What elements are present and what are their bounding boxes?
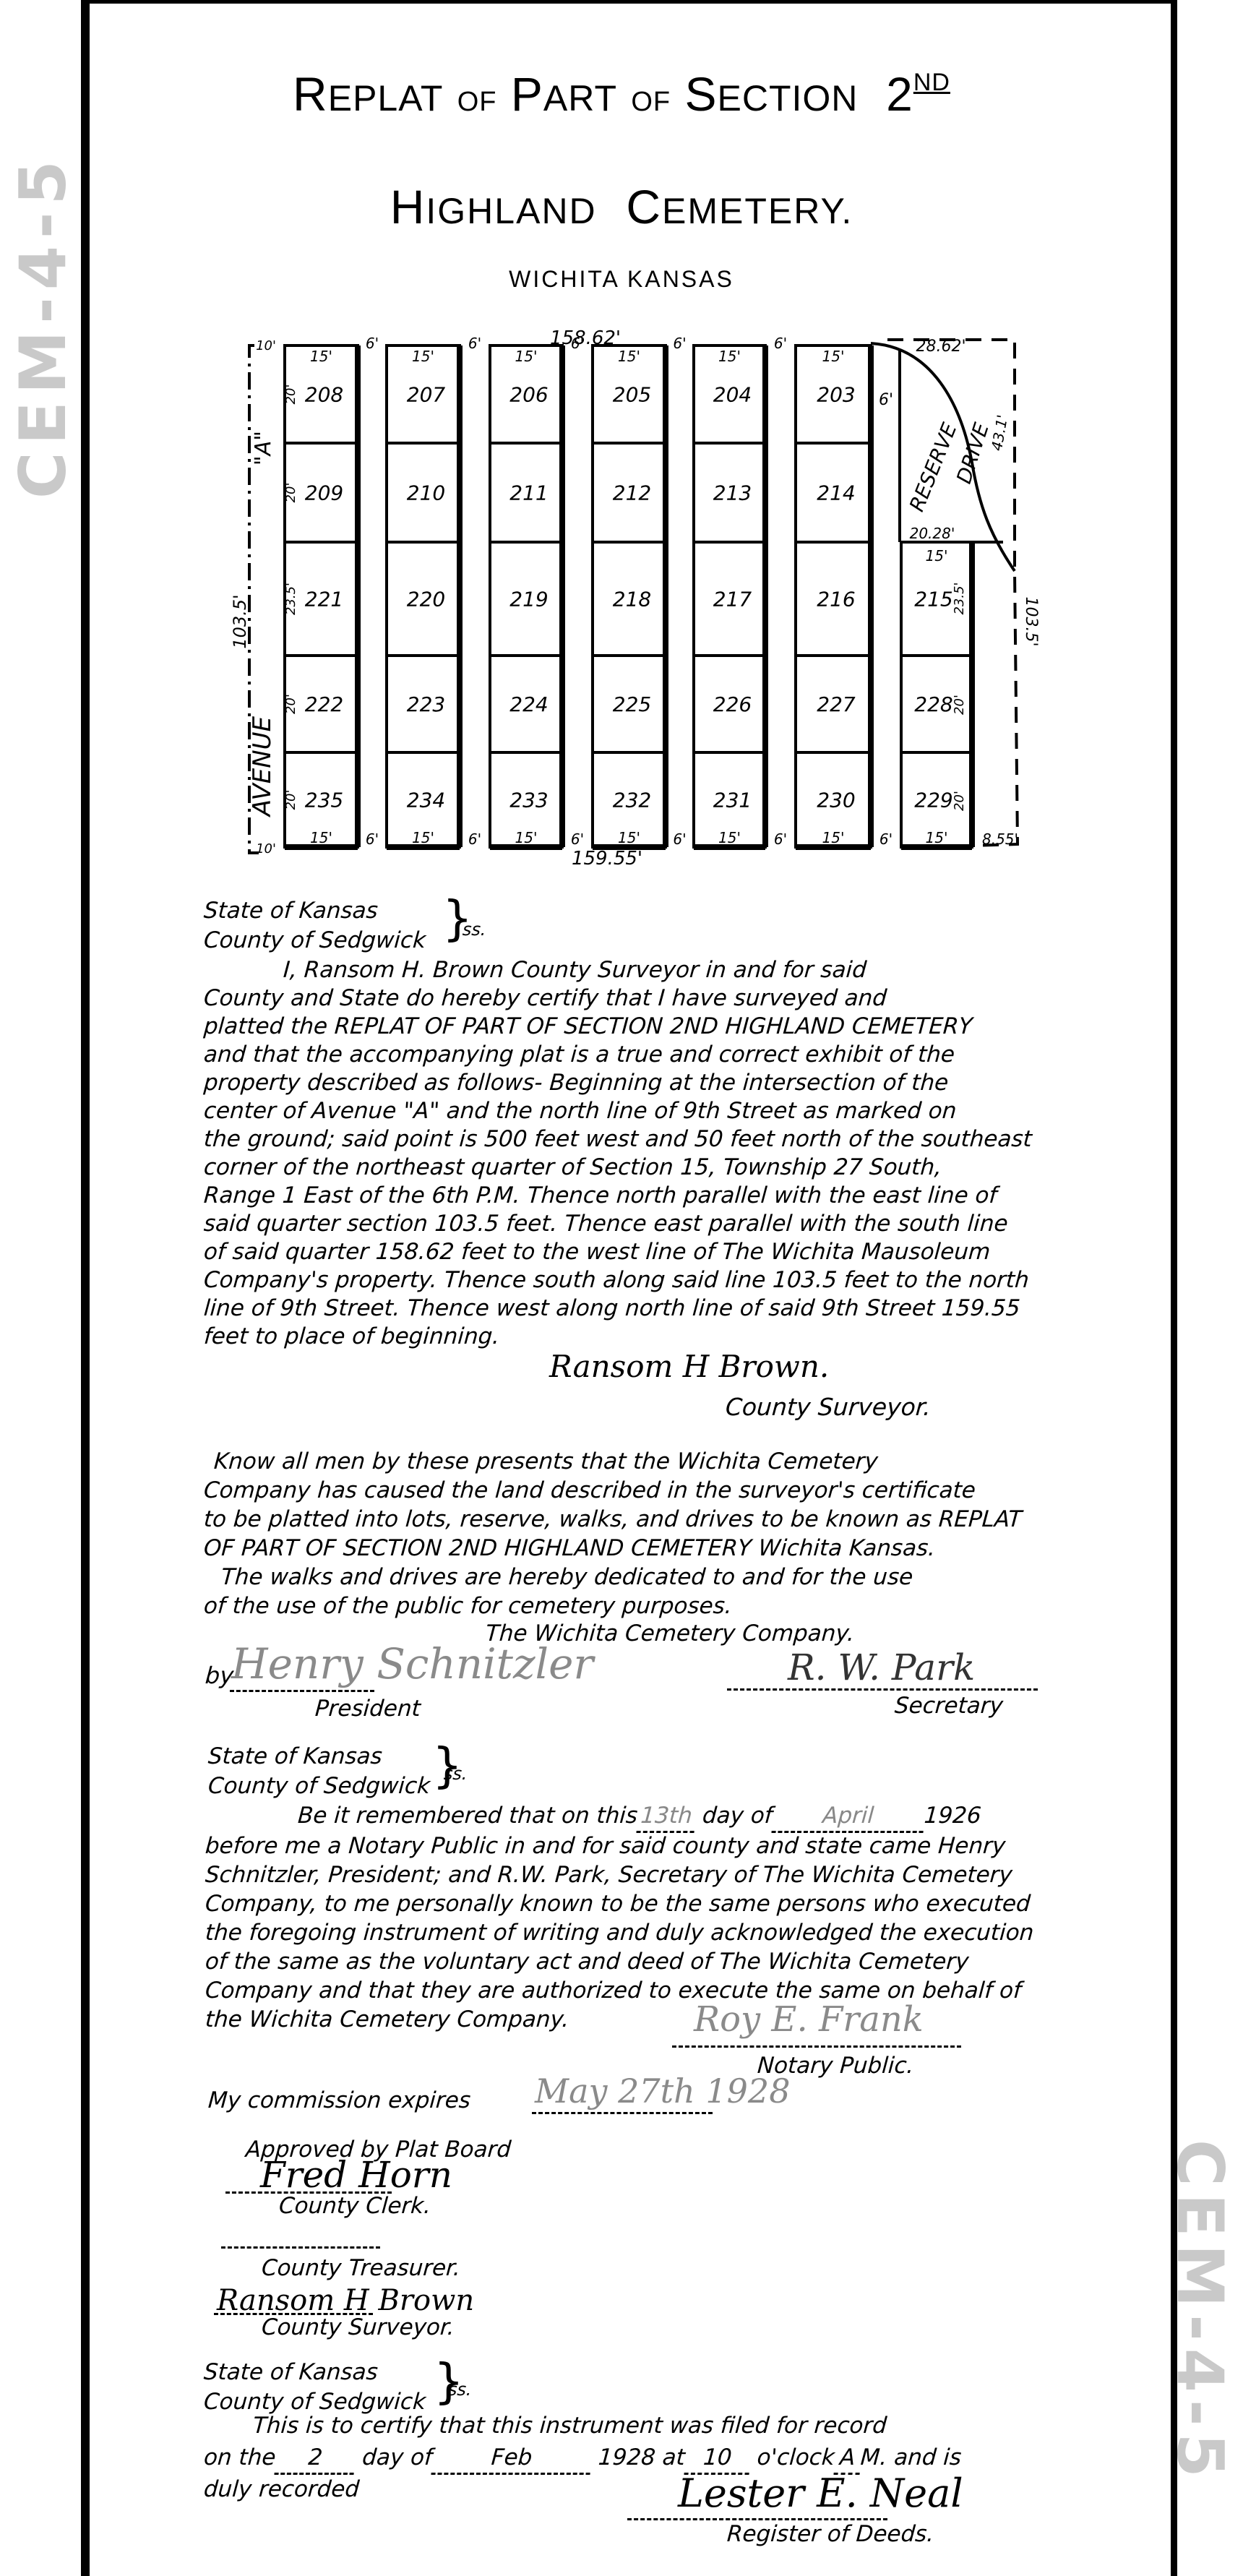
walk-width-label: 6' (879, 830, 893, 848)
lot-width-label: 15' (310, 348, 332, 365)
lot-number: 205 (613, 383, 651, 407)
walk-width-label: 6' (468, 830, 481, 848)
at-label: at (661, 2444, 686, 2470)
text-line: of the same as the voluntary act and dee… (205, 1947, 970, 1977)
text-line: feet to place of beginning. (203, 1322, 501, 1352)
lot-number: 219 (509, 588, 548, 611)
walk-width-label: 6' (468, 335, 481, 352)
lot-number: 204 (713, 383, 752, 407)
reserve-top-dimension: 28.62' (916, 338, 965, 356)
lot-number: 212 (613, 481, 651, 505)
by-label: by (205, 1661, 235, 1691)
row-depth-label: 23.5' (952, 582, 967, 614)
county-label: County of Sedgwick (207, 1772, 431, 1801)
text-line: of the use of the public for cemetery pu… (203, 1592, 734, 1621)
lot-width-label: 15' (926, 829, 948, 846)
text-line: line of 9th Street. Thence west along no… (203, 1294, 1021, 1323)
text-line: Company, to me personally known to be th… (205, 1889, 1032, 1919)
text-line: Know all men by these presents that the … (213, 1447, 879, 1477)
lot-width-label: 15' (926, 547, 948, 564)
text-line: Company has caused the land described in… (203, 1476, 977, 1506)
signature-line (532, 2112, 713, 2114)
president-title: President (314, 1694, 422, 1724)
lot-width-label: 15' (310, 829, 332, 846)
surveyor-approval-title: County Surveyor. (261, 2313, 456, 2343)
surveyor-signature: Ransom H Brown. (549, 1349, 829, 1384)
lot-width-label: 15' (515, 348, 538, 365)
notary-signature: Roy E. Frank (694, 1999, 924, 2040)
text-line: and that the accompanying plat is a true… (203, 1040, 956, 1070)
president-signature: Henry Schnitzler (231, 1639, 593, 1688)
lot-width-label: 15' (412, 348, 434, 365)
lot-number: 207 (407, 383, 446, 407)
recording-line-3: duly recorded (203, 2475, 361, 2504)
signature-line (672, 2045, 961, 2048)
left-dimension: 103.5' (230, 594, 250, 648)
lot-number: 206 (509, 383, 548, 407)
lot-number: 231 (713, 789, 752, 812)
walk-width-label: 6' (366, 335, 379, 352)
lot-number: 225 (613, 692, 651, 716)
text-line: I, Ransom H. Brown County Surveyor in an… (283, 956, 868, 985)
lot-width-label: 15' (618, 348, 640, 365)
lot-width-label: 15' (515, 829, 538, 846)
avenue-width-label: 10' (256, 841, 276, 856)
lot-number: 227 (817, 692, 856, 716)
avenue-label: AVENUE (248, 716, 277, 817)
bottom-dimension: 159.55' (572, 848, 642, 870)
lot-width-label: 15' (822, 829, 845, 846)
lot-number: 216 (817, 588, 855, 611)
record-day-field: 2 (275, 2443, 356, 2475)
lot-number: 232 (613, 789, 651, 812)
lot-number: 217 (713, 588, 752, 611)
text-line: before me a Notary Public in and for sai… (205, 1832, 1007, 1861)
corner-dimension: 8.55' (982, 830, 1018, 848)
lot-number: 213 (713, 481, 752, 505)
walk-width-label: 6' (673, 830, 686, 848)
month-field: April (771, 1801, 925, 1833)
lot-number: 223 (407, 692, 445, 716)
text-line: center of Avenue "A" and the north line … (203, 1096, 958, 1126)
row-depth-label: 20' (283, 385, 298, 405)
signature-line (230, 1690, 374, 1692)
row-depth-label: 23.5' (283, 583, 298, 615)
lot-number: 209 (305, 481, 343, 505)
state-label: State of Kansas (203, 896, 379, 926)
lot-number: 235 (305, 789, 343, 812)
text-line: the foregoing instrument of writing and … (205, 1918, 1035, 1948)
text-line: Range 1 East of the 6th P.M. Thence nort… (203, 1181, 998, 1211)
avenue-width-label: 10' (256, 338, 276, 353)
ss-label: ss. (447, 2375, 473, 2405)
lot-width-label: 15' (718, 348, 741, 365)
treasurer-title: County Treasurer. (261, 2254, 462, 2283)
walk-width-label: 6' (774, 335, 787, 352)
lot-number: 228 (914, 692, 952, 716)
text-line: of said quarter 158.62 feet to the west … (203, 1237, 992, 1267)
lot-number: 214 (817, 481, 855, 505)
register-title: Register of Deeds. (726, 2520, 935, 2549)
signature-line (727, 1688, 1038, 1691)
lot-number: 221 (305, 588, 343, 611)
lot-width-label: 15' (618, 829, 640, 846)
text-line: said quarter section 103.5 feet. Thence … (203, 1209, 1009, 1239)
lot-number: 230 (817, 789, 855, 812)
text-line: The walks and drives are hereby dedicate… (220, 1563, 914, 1592)
row-depth-label: 20' (283, 790, 298, 810)
avenue-letter: "A" (251, 431, 276, 465)
lot-number: 229 (914, 789, 952, 812)
clerk-title: County Clerk. (278, 2191, 432, 2221)
state-label: State of Kansas (203, 2358, 379, 2387)
reserve-bottom-dimension: 20.28' (910, 525, 955, 542)
plat-map: 20820922122223515'15'6'6'207210220223234… (0, 0, 1243, 903)
day-of-label: day of (361, 2444, 433, 2470)
walk-width-label: 6' (774, 830, 787, 848)
lot-number: 233 (509, 789, 548, 812)
register-signature: Lester E. Neal (678, 2470, 963, 2516)
lot-number: 208 (305, 383, 343, 407)
clerk-signature: Fred Horn (260, 2154, 452, 2196)
oclock-label: o'clock (756, 2444, 835, 2470)
record-month-field: Feb (431, 2443, 592, 2475)
text-line: OF PART OF SECTION 2ND HIGHLAND CEMETERY… (203, 1534, 937, 1563)
right-dimension: 103.5' (1022, 596, 1040, 646)
state-label: State of Kansas (207, 1742, 384, 1772)
text-line: platted the REPLAT OF PART OF SECTION 2N… (203, 1012, 973, 1042)
lot-width-label: 15' (412, 829, 434, 846)
signature-line (221, 2246, 380, 2249)
surveyor-title: County Surveyor. (725, 1392, 932, 1422)
lot-number: 210 (407, 481, 445, 505)
on-the-label: on the (203, 2444, 277, 2470)
row-depth-label: 20' (283, 483, 298, 503)
text-line: Company's property. Thence south along s… (203, 1266, 1031, 1295)
text-line: corner of the northeast quarter of Secti… (203, 1153, 943, 1182)
walk-width-label: 6' (571, 830, 584, 848)
secretary-signature: R. W. Park (788, 1647, 975, 1688)
row-depth-label: 20' (283, 694, 298, 714)
walk-width-label: 6' (366, 830, 379, 848)
lot-number: 211 (509, 481, 548, 505)
lot-number: 203 (817, 383, 855, 407)
ss-label: ss. (443, 1759, 469, 1789)
text-line: property described as follows- Beginning… (203, 1068, 950, 1098)
commission-date: May 27th 1928 (535, 2071, 790, 2111)
day-of-label: day of (702, 1803, 773, 1829)
day-field: 13th (637, 1801, 697, 1833)
reserve-walk-label: 6' (879, 391, 893, 409)
secretary-title: Secretary (894, 1691, 1005, 1721)
edge-stamp-right: CEM-4-5 (1163, 2139, 1237, 2485)
ss-label: ss. (462, 915, 488, 945)
plat-drawing: 20820922122223515'15'6'6'207210220223234… (230, 327, 1040, 870)
ack-line-1: Be it remembered that on this13th day of… (296, 1801, 982, 1833)
drive-dimension: 43.1' (988, 413, 1011, 452)
lot-number: 215 (914, 588, 952, 611)
text-line: the ground; said point is 500 feet west … (203, 1125, 1033, 1154)
lot-width-label: 15' (822, 348, 845, 365)
recording-line-1: This is to certify that this instrument … (252, 2411, 888, 2441)
and-is-label: M. and is (860, 2444, 963, 2470)
reserve-label: RESERVE (905, 419, 962, 515)
county-label: County of Sedgwick (203, 926, 427, 956)
top-dimension: 158.62' (550, 327, 621, 349)
record-year-field: 1928 (598, 2444, 656, 2470)
text-line: the Wichita Cemetery Company. (205, 2005, 570, 2035)
lot-number: 220 (407, 588, 445, 611)
lot-number: 224 (509, 692, 548, 716)
lot-number: 226 (713, 692, 752, 716)
text-line: County and State do hereby certify that … (203, 984, 888, 1013)
text-line: Schnitzler, President; and R.W. Park, Se… (205, 1860, 1014, 1890)
row-depth-label: 20' (952, 695, 967, 715)
commission-label: My commission expires (207, 2086, 472, 2116)
walk-width-label: 6' (673, 335, 686, 352)
text-line: to be platted into lots, reserve, walks,… (203, 1505, 1023, 1534)
lot-width-label: 15' (718, 829, 741, 846)
lot-number: 218 (613, 588, 651, 611)
row-depth-label: 20' (952, 791, 967, 811)
lot-number: 234 (407, 789, 445, 812)
lot-number: 222 (305, 692, 343, 716)
ack-prefix: Be it remembered that on this (297, 1803, 639, 1829)
year-field: 1926 (924, 1803, 982, 1829)
